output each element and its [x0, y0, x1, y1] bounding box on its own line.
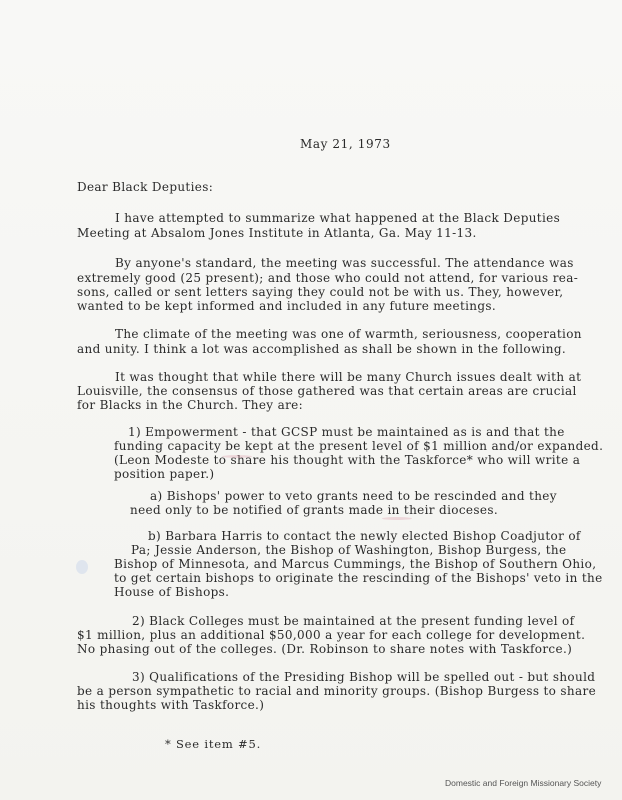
text-line: 1) Empowerment - that GCSP must be maint… [128, 425, 565, 439]
ink-blemish [382, 517, 412, 520]
text-line: for Blacks in the Church. They are: [77, 398, 303, 412]
text-line: Pa; Jessie Anderson, the Bishop of Washi… [131, 543, 566, 557]
ink-blemish [76, 560, 88, 574]
salutation: Dear Black Deputies: [77, 180, 213, 194]
text-line: I have attempted to summarize what happe… [115, 211, 560, 225]
footnote: * See item #5. [165, 737, 261, 751]
text-line: sons, called or sent letters saying they… [77, 285, 563, 299]
text-line: (Leon Modeste to share his thought with … [114, 453, 580, 467]
text-line: position paper.) [114, 467, 214, 481]
text-line: be a person sympathetic to racial and mi… [77, 684, 596, 698]
text-line: wanted to be kept informed and included … [77, 299, 496, 313]
text-line: a) Bishops' power to veto grants need to… [150, 489, 557, 503]
text-line: It was thought that while there will be … [115, 370, 581, 384]
text-line: No phasing out of the colleges. (Dr. Rob… [77, 642, 572, 656]
letter-date: May 21, 1973 [300, 137, 391, 151]
text-line: Louisville, the consensus of those gathe… [77, 384, 577, 398]
text-line: 3) Qualifications of the Presiding Bisho… [132, 670, 595, 684]
text-line: $1 million, plus an additional $50,000 a… [77, 628, 585, 642]
text-line: Meeting at Absalom Jones Institute in At… [77, 226, 477, 240]
text-line: b) Barbara Harris to contact the newly e… [148, 529, 581, 543]
ink-blemish [222, 455, 252, 458]
letter-page: May 21, 1973 Dear Black Deputies: I have… [0, 0, 622, 800]
text-line: By anyone's standard, the meeting was su… [115, 256, 574, 270]
text-line: need only to be notified of grants made … [130, 503, 498, 517]
text-line: extremely good (25 present); and those w… [77, 271, 578, 285]
text-line: his thoughts with Taskforce.) [77, 698, 264, 712]
text-line: to get certain bishops to originate the … [114, 571, 603, 585]
archive-credit: Domestic and Foreign Missionary Society [445, 778, 601, 788]
text-line: and unity. I think a lot was accomplishe… [77, 342, 566, 356]
text-line: The climate of the meeting was one of wa… [115, 327, 582, 341]
text-line: Bishop of Minnesota, and Marcus Cummings… [114, 557, 596, 571]
text-line: House of Bishops. [114, 585, 229, 599]
text-line: funding capacity be kept at the present … [114, 439, 603, 453]
text-line: 2) Black Colleges must be maintained at … [132, 614, 574, 628]
